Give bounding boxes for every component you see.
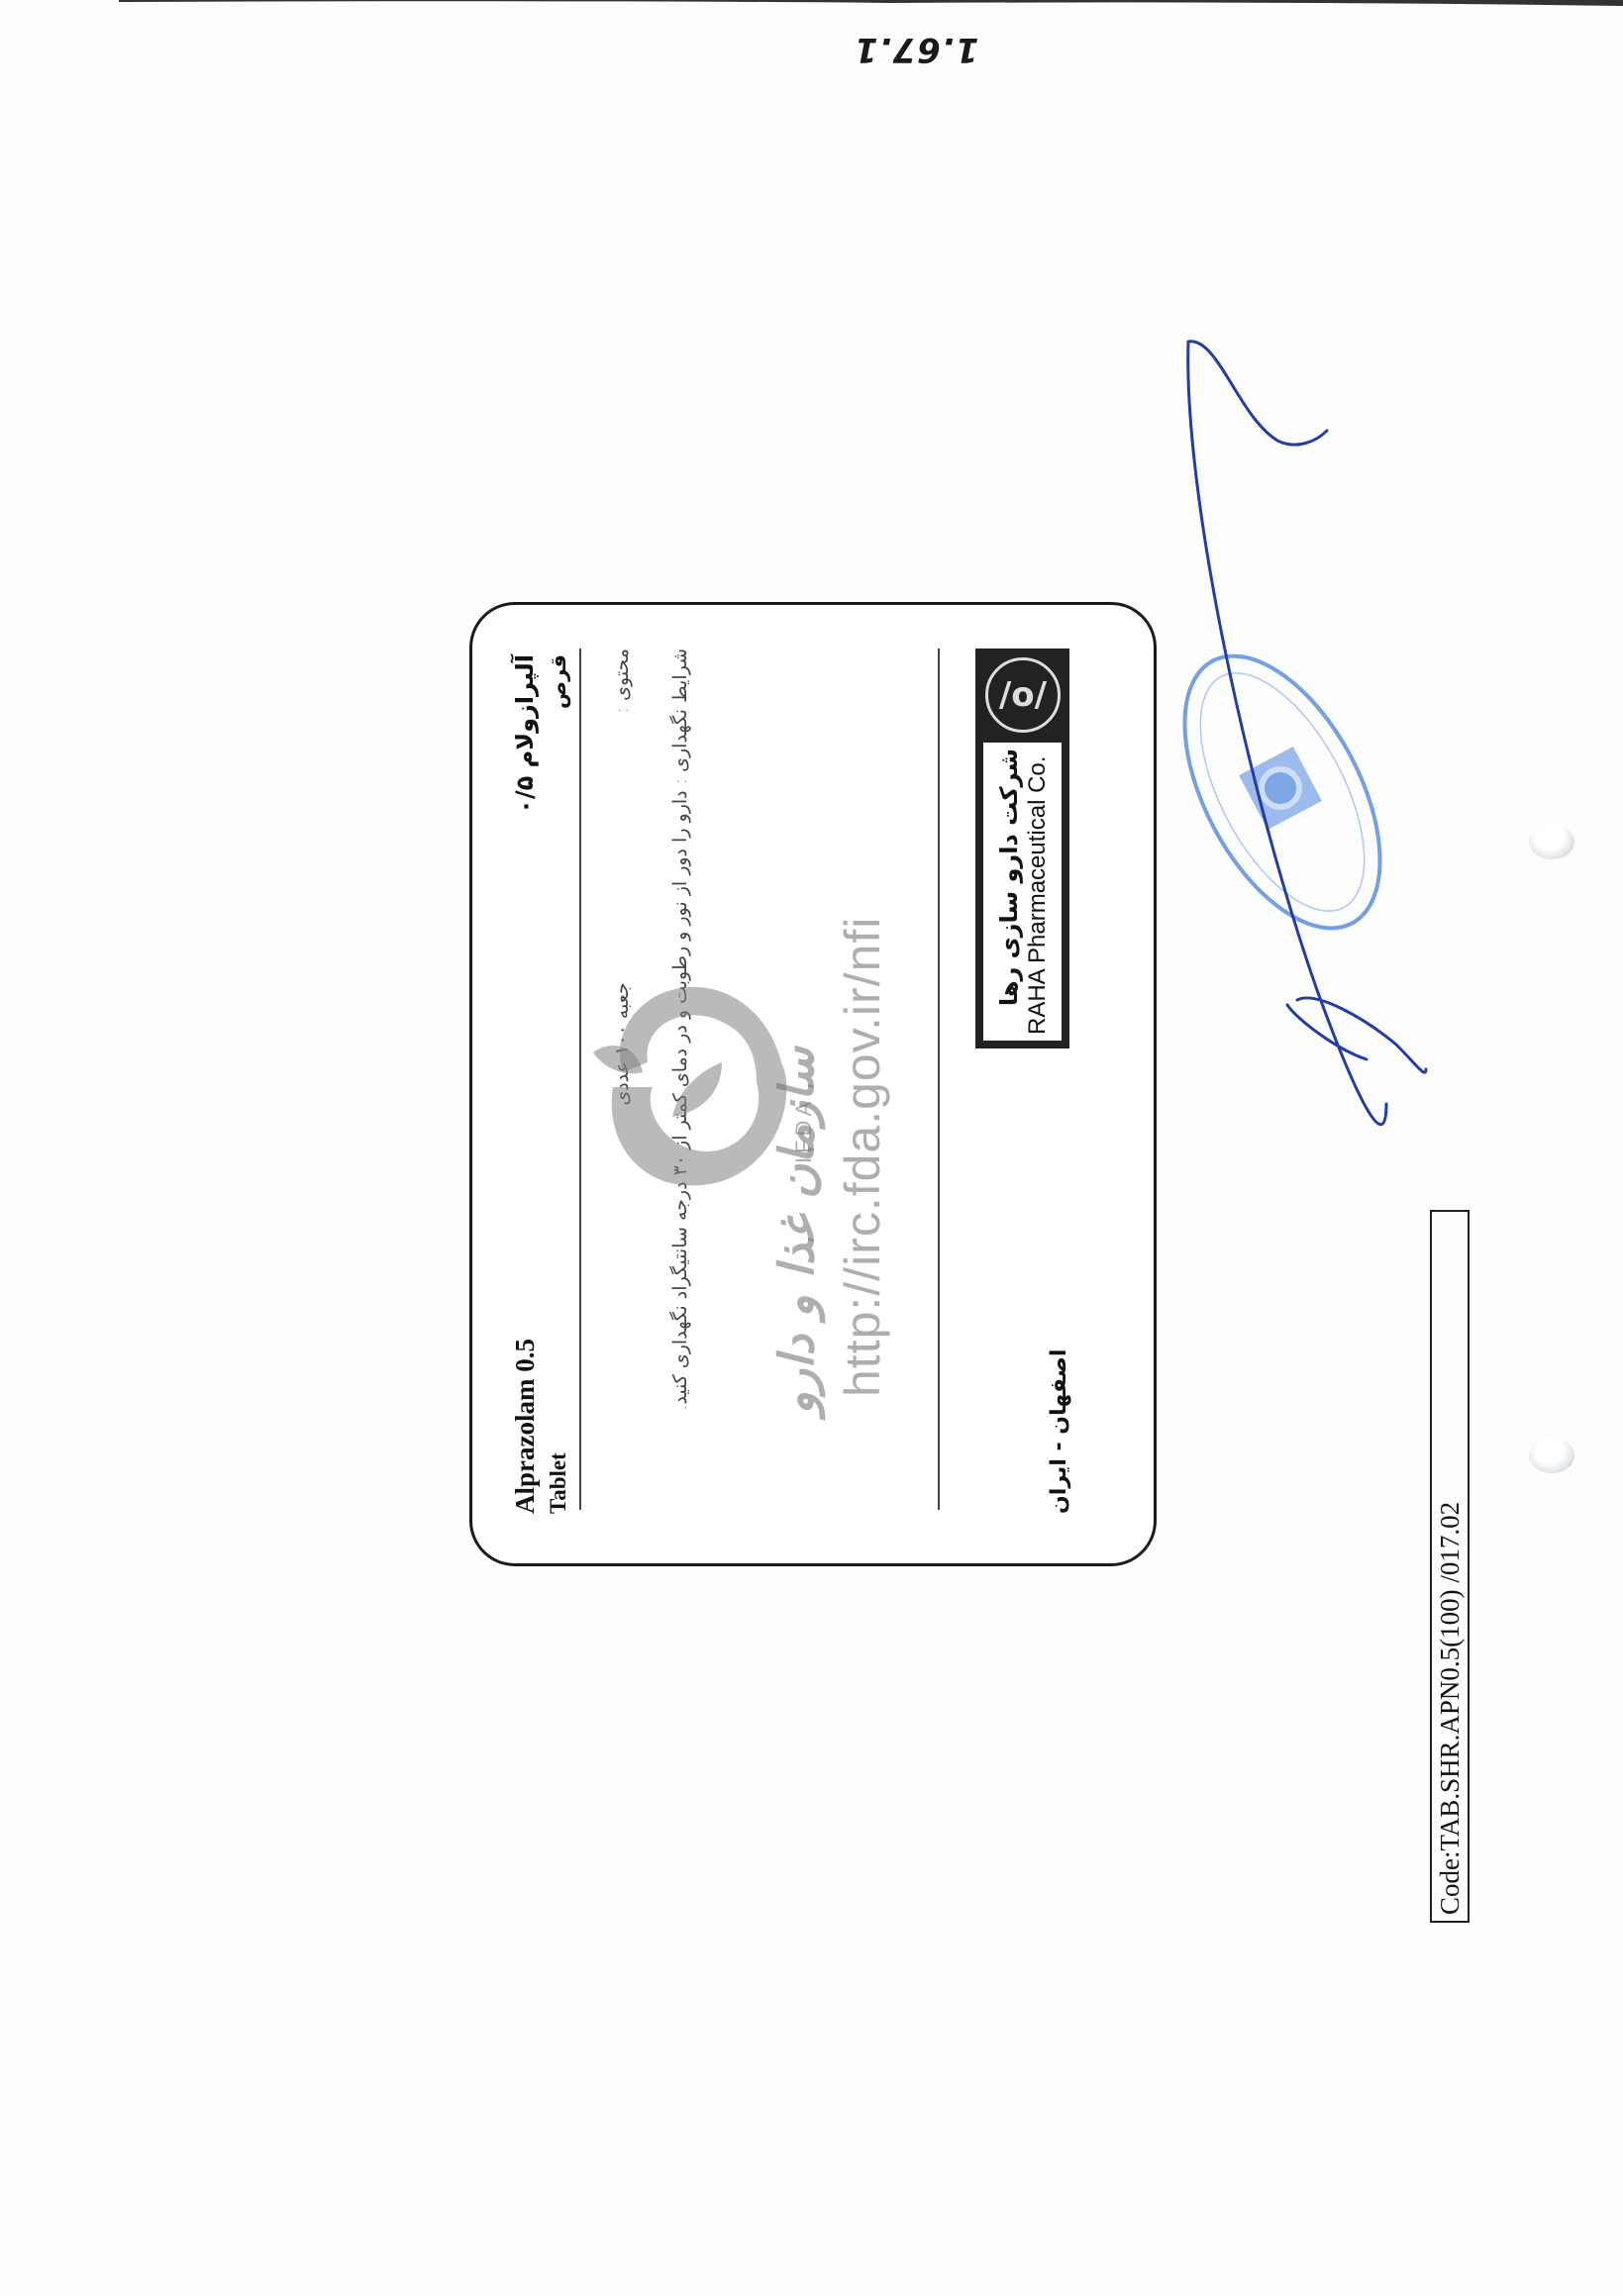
ifda-watermark-logo-icon: [583, 963, 801, 1211]
scan-edge-shadow: [0, 0, 1623, 8]
document-code: Code:TAB.SHR.APN0.5(100) /017.02: [1430, 1210, 1470, 1923]
watermark-url: http://irc.fda.gov.ir/nfi: [834, 917, 891, 1397]
punch-hole-top: [1529, 824, 1574, 859]
punch-hole-bottom: [1529, 1438, 1574, 1473]
top-divider: [579, 649, 581, 1510]
persian-product-name: آلپرازولام ۰/۵ قرص: [508, 654, 575, 814]
english-name-text: Alprazolam 0.5: [508, 1339, 542, 1514]
english-product-name: Alprazolam 0.5 Tablet: [508, 1339, 575, 1514]
code-box: Code:TAB.SHR.APN0.5(100) /017.02: [1430, 1210, 1470, 1923]
city-text: اصفهان - ایران: [1047, 1349, 1071, 1514]
bottom-divider: [938, 649, 940, 1510]
company-name-en: RAHA Pharmaceutical Co.: [1024, 749, 1052, 1035]
watermark-ifda: IFDA: [791, 1098, 817, 1163]
signature-icon: [1188, 342, 1426, 1125]
medicine-label: Alprazolam 0.5 Tablet آلپرازولام ۰/۵ قرص…: [469, 602, 1157, 1566]
company-stamp-icon: [1145, 625, 1421, 959]
company-logo-block: /o/ شرکت دارو سازی رها RAHA Pharmaceutic…: [975, 649, 1069, 1048]
english-form-text: Tablet: [542, 1339, 575, 1514]
persian-form-text: قرص: [542, 654, 575, 814]
company-name-fa: شرکت دارو سازی رها: [994, 749, 1024, 1035]
raha-logo-icon: /o/: [975, 649, 1069, 743]
storage-label: شرایط نگهداری :: [669, 649, 691, 784]
handwritten-page-number: 1.67.1: [854, 30, 978, 69]
contents-label: محتوی :: [611, 649, 633, 713]
persian-name-text: آلپرازولام ۰/۵: [508, 654, 542, 814]
